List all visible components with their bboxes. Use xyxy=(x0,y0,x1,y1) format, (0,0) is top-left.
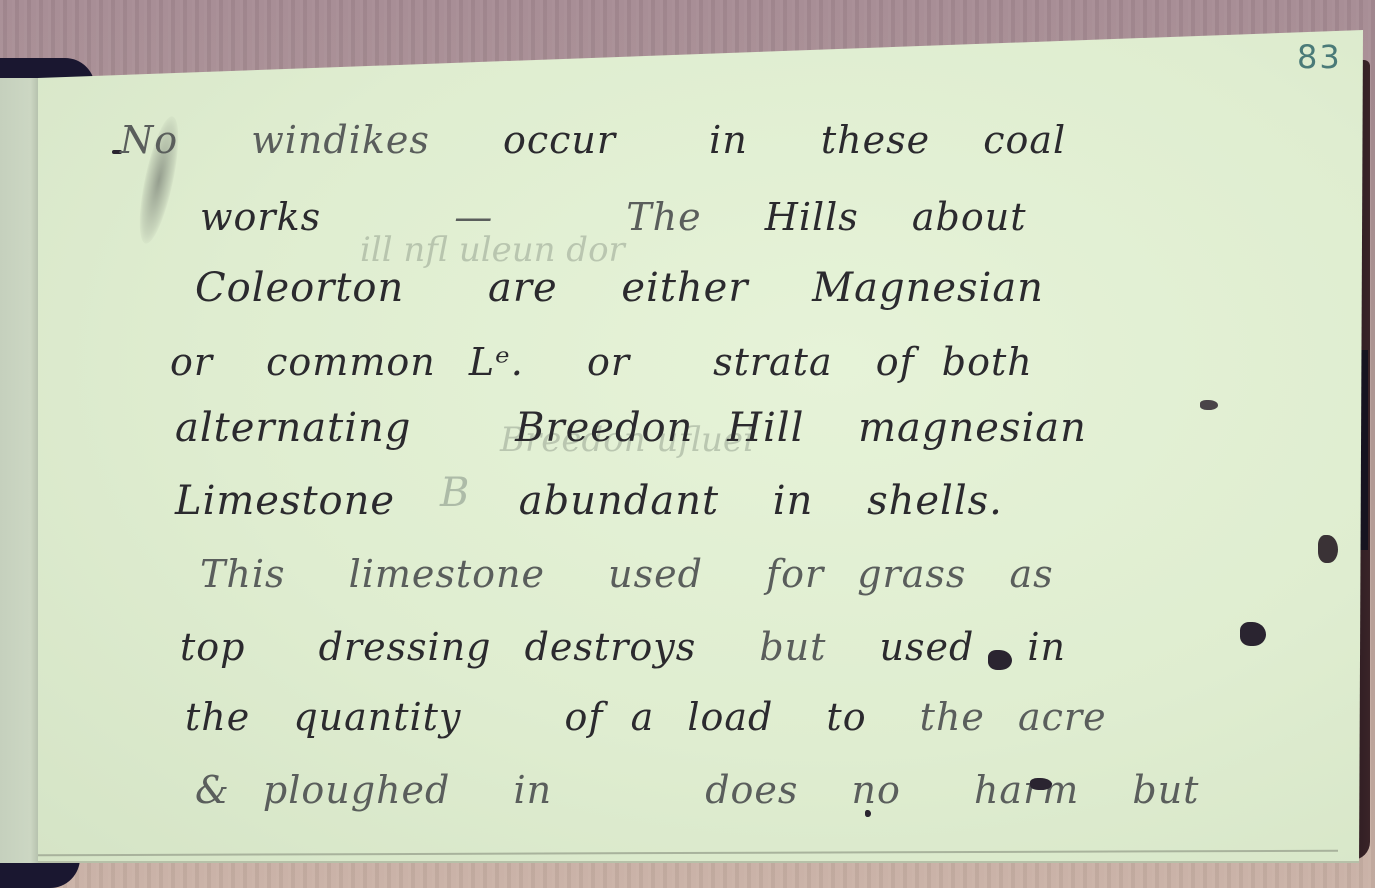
word: acre xyxy=(1018,695,1107,739)
word: abundant xyxy=(519,478,719,524)
word: both xyxy=(942,340,1033,384)
word: in xyxy=(709,118,748,162)
word: coal xyxy=(983,118,1066,162)
text-line-3: Coleorton are either Magnesian xyxy=(195,265,1082,311)
word: Magnesian xyxy=(812,265,1044,311)
text-line-5: alternating Breedon Hill magnesian xyxy=(175,405,1125,451)
word: in xyxy=(773,478,814,524)
word: harm xyxy=(974,768,1079,812)
word: are xyxy=(488,265,558,311)
word: Coleorton xyxy=(195,265,404,311)
word: used xyxy=(879,625,974,669)
previous-page-strip xyxy=(0,78,40,863)
text-line-1: No windikes occur in these coal xyxy=(120,118,1104,162)
word: windikes xyxy=(251,118,430,162)
word: ploughed xyxy=(263,768,450,812)
word: does xyxy=(705,768,798,812)
word: in xyxy=(1027,625,1066,669)
word: alternating xyxy=(175,405,411,451)
text-line-8: top dressing destroys but used in xyxy=(180,625,1104,669)
word: of xyxy=(565,695,604,739)
word: these xyxy=(821,118,930,162)
word: as xyxy=(1009,552,1053,596)
word: quantity xyxy=(293,695,461,739)
word: Hill xyxy=(727,405,804,451)
word: Hills xyxy=(765,195,859,239)
word: top xyxy=(180,625,245,669)
text-line-9: the quantity of a load to the acre xyxy=(185,695,1145,739)
word: occur xyxy=(503,118,616,162)
word: a xyxy=(631,695,655,739)
ink-blot xyxy=(1030,778,1052,790)
ink-blot xyxy=(1240,622,1266,646)
word: works xyxy=(200,195,321,239)
ink-blot xyxy=(988,650,1012,670)
word: dressing xyxy=(319,625,492,669)
word: Lᵉ. xyxy=(469,340,524,384)
text-line-4: or common Lᵉ. or strata of both xyxy=(170,340,1071,384)
word: in xyxy=(513,768,552,812)
word: of xyxy=(876,340,915,384)
word: the xyxy=(185,695,250,739)
word: but xyxy=(759,625,826,669)
word: & xyxy=(195,768,230,812)
word: to xyxy=(826,695,866,739)
word: either xyxy=(621,265,748,311)
word: limestone xyxy=(349,552,545,596)
word: destroys xyxy=(525,625,697,669)
ink-blot xyxy=(1318,535,1338,563)
word: — xyxy=(454,195,493,239)
word: or xyxy=(170,340,213,384)
text-line-2: works — The Hills about xyxy=(200,195,1065,239)
word: but xyxy=(1132,768,1199,812)
word: The xyxy=(626,195,701,239)
word: strata xyxy=(713,340,833,384)
ink-blot xyxy=(1200,400,1218,410)
word: used xyxy=(608,552,703,596)
text-line-10: & ploughed in does no harm but xyxy=(195,768,1237,812)
word: common xyxy=(266,340,436,384)
word: grass xyxy=(857,552,966,596)
word: This xyxy=(200,552,285,596)
text-line-6: Limestone abundant in shells. xyxy=(175,478,1041,524)
word: load xyxy=(687,695,773,739)
word: Breedon xyxy=(515,405,693,451)
text-line-7: This limestone used for grass as xyxy=(200,552,1092,596)
word: or xyxy=(587,340,630,384)
word: about xyxy=(912,195,1027,239)
word: no xyxy=(852,768,901,812)
page-number: 83 xyxy=(1297,38,1342,76)
word: shells. xyxy=(867,478,1003,524)
ink-dot xyxy=(865,810,871,817)
word: the xyxy=(920,695,985,739)
word: for xyxy=(766,552,824,596)
word: No xyxy=(120,118,178,162)
word: magnesian xyxy=(858,405,1087,451)
word: Limestone xyxy=(175,478,395,524)
